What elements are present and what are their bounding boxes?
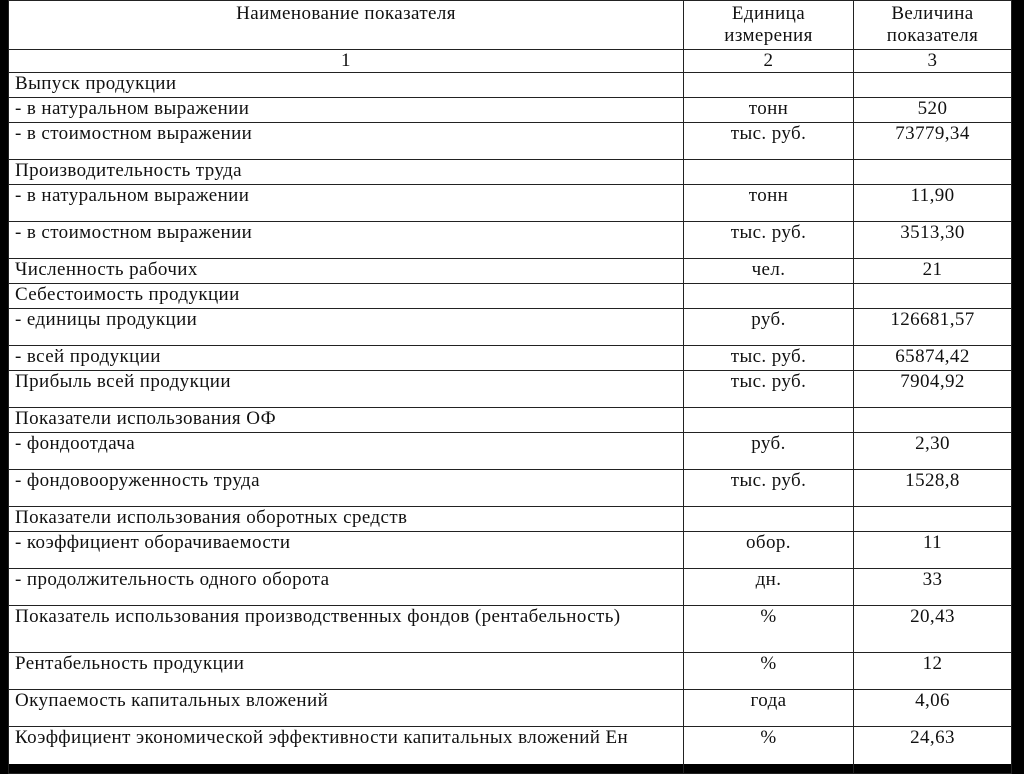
table-row: - в натуральном выражениитонн11,90 [9, 185, 1012, 222]
column-number-2: 2 [684, 50, 854, 73]
indicator-name: Прибыль всей продукции [9, 371, 684, 408]
indicator-name: Окупаемость капитальных вложений [9, 690, 684, 727]
indicator-name: - единицы продукции [9, 309, 684, 346]
indicator-unit: тыс. руб. [684, 470, 854, 507]
table-row: Показатели использования ОФ [9, 408, 1012, 433]
table-row: Окупаемость капитальных вложенийгода4,06 [9, 690, 1012, 727]
table-row: Показатели использования оборотных средс… [9, 507, 1012, 532]
indicator-value: 65874,42 [854, 346, 1012, 371]
column-number-1: 1 [9, 50, 684, 73]
table-row: - всей продукциитыс. руб.65874,42 [9, 346, 1012, 371]
indicator-value: 3513,30 [854, 222, 1012, 259]
indicator-unit: чел. [684, 259, 854, 284]
table-row: - продолжительность одного оборотадн.33 [9, 569, 1012, 606]
column-number-row: 1 2 3 [9, 50, 1012, 73]
indicator-name: - продолжительность одного оборота [9, 569, 684, 606]
indicator-value: 2,30 [854, 433, 1012, 470]
indicator-unit: тыс. руб. [684, 222, 854, 259]
indicator-unit: руб. [684, 309, 854, 346]
indicator-value: 7904,92 [854, 371, 1012, 408]
indicator-name: Производительность труда [9, 160, 684, 185]
table-row: - в натуральном выражениитонн520 [9, 98, 1012, 123]
indicator-name: Себестоимость продукции [9, 284, 684, 309]
table-row: Себестоимость продукции [9, 284, 1012, 309]
indicator-value: 33 [854, 569, 1012, 606]
indicator-name: Выпуск продукции [9, 73, 684, 98]
table-row: Рентабельность продукции%12 [9, 653, 1012, 690]
indicator-name: - в стоимостном выражении [9, 222, 684, 259]
indicator-unit: % [684, 653, 854, 690]
header-value: Величина показателя [854, 1, 1012, 50]
indicator-value [854, 73, 1012, 98]
indicator-unit: тыс. руб. [684, 123, 854, 160]
indicator-unit [684, 284, 854, 309]
indicator-unit: тонн [684, 98, 854, 123]
indicator-unit [684, 408, 854, 433]
header-indicator-name: Наименование показателя [9, 1, 684, 50]
indicator-unit: тыс. руб. [684, 371, 854, 408]
table-row: Коэффициент экономической эффективности … [9, 727, 1012, 768]
indicator-unit [684, 160, 854, 185]
indicators-table: Наименование показателя Единица измерени… [8, 0, 1012, 767]
table-row: Выпуск продукции [9, 73, 1012, 98]
indicator-value: 11 [854, 532, 1012, 569]
indicator-value: 1528,8 [854, 470, 1012, 507]
table-row: - в стоимостном выражениитыс. руб.3513,3… [9, 222, 1012, 259]
indicator-name: Показатели использования ОФ [9, 408, 684, 433]
indicator-name: - в стоимостном выражении [9, 123, 684, 160]
indicator-value: 12 [854, 653, 1012, 690]
indicator-value: 21 [854, 259, 1012, 284]
indicator-unit: года [684, 690, 854, 727]
indicator-name: - фондоотдача [9, 433, 684, 470]
indicator-value [854, 160, 1012, 185]
table-row: Прибыль всей продукциитыс. руб.7904,92 [9, 371, 1012, 408]
indicator-unit: дн. [684, 569, 854, 606]
indicator-value [854, 507, 1012, 532]
indicator-value: 20,43 [854, 606, 1012, 653]
table-row: - коэффициент оборачиваемостиобор.11 [9, 532, 1012, 569]
indicator-value: 11,90 [854, 185, 1012, 222]
indicator-name: Показатель использования производственны… [9, 606, 684, 653]
indicator-value [854, 408, 1012, 433]
indicator-unit: % [684, 606, 854, 653]
indicator-name: - всей продукции [9, 346, 684, 371]
indicator-name: Численность рабочих [9, 259, 684, 284]
table-row: Производительность труда [9, 160, 1012, 185]
indicator-unit [684, 73, 854, 98]
column-number-3: 3 [854, 50, 1012, 73]
indicator-value: 126681,57 [854, 309, 1012, 346]
table-row: - единицы продукциируб.126681,57 [9, 309, 1012, 346]
indicator-value: 4,06 [854, 690, 1012, 727]
table-row: Показатель использования производственны… [9, 606, 1012, 653]
indicator-name: - фондовооруженность труда [9, 470, 684, 507]
table-row: - фондовооруженность трудатыс. руб.1528,… [9, 470, 1012, 507]
indicator-value: 24,63 [854, 727, 1012, 768]
indicator-unit: тыс. руб. [684, 346, 854, 371]
indicator-name: - в натуральном выражении [9, 98, 684, 123]
indicator-unit: % [684, 727, 854, 768]
indicator-name: - в натуральном выражении [9, 185, 684, 222]
table-row: Численность рабочихчел.21 [9, 259, 1012, 284]
table-row: - фондоотдачаруб.2,30 [9, 433, 1012, 470]
document-page: Наименование показателя Единица измерени… [8, 0, 1011, 764]
indicator-unit [684, 507, 854, 532]
indicator-name: - коэффициент оборачиваемости [9, 532, 684, 569]
indicator-unit: тонн [684, 185, 854, 222]
indicator-value: 73779,34 [854, 123, 1012, 160]
indicator-value: 520 [854, 98, 1012, 123]
table-row: - в стоимостном выражениитыс. руб.73779,… [9, 123, 1012, 160]
indicator-unit: руб. [684, 433, 854, 470]
indicator-name: Рентабельность продукции [9, 653, 684, 690]
indicator-name: Коэффициент экономической эффективности … [9, 727, 684, 768]
header-unit: Единица измерения [684, 1, 854, 50]
indicator-name: Показатели использования оборотных средс… [9, 507, 684, 532]
indicator-unit: обор. [684, 532, 854, 569]
header-row: Наименование показателя Единица измерени… [9, 1, 1012, 50]
indicator-value [854, 284, 1012, 309]
